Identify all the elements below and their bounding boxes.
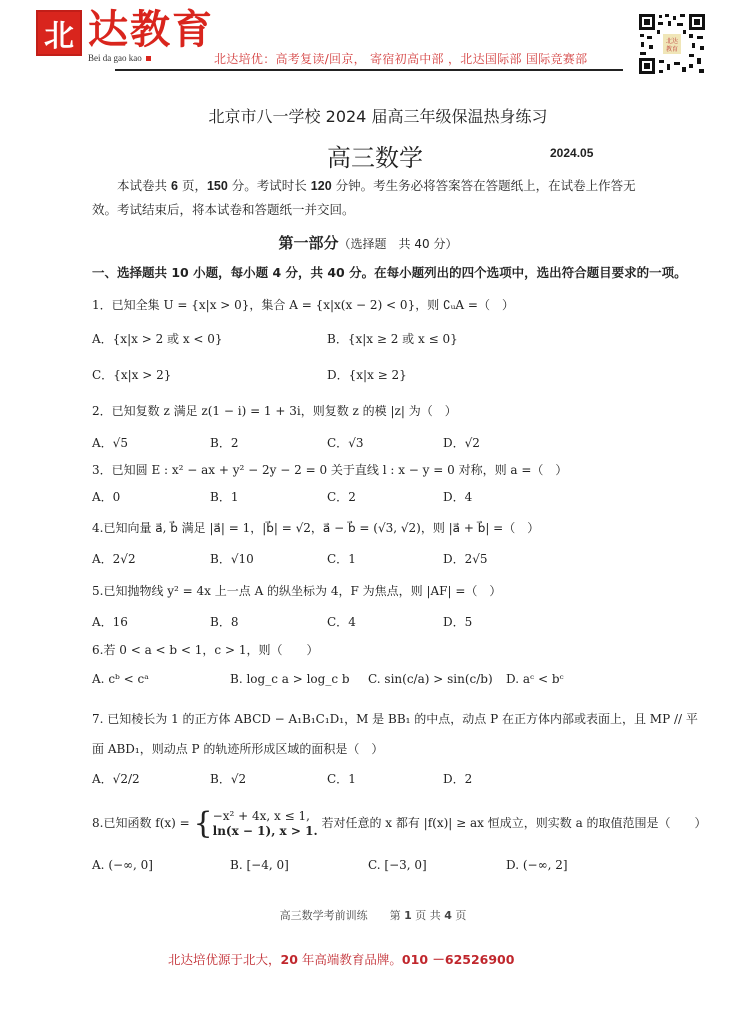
header-divider bbox=[115, 69, 623, 71]
option-c: C．√3 bbox=[327, 434, 363, 451]
option-a: A．√5 bbox=[92, 434, 128, 451]
exam-instructions: 本试卷共 6 页，150 分。考试时长 120 分钟。考生务必将答案答在答题纸上… bbox=[92, 174, 652, 222]
option-b: B．2 bbox=[210, 434, 238, 451]
option-c: C. sin(c/a) > sin(c/b) bbox=[368, 672, 493, 686]
question-stem: 已知抛物线 y² = 4x 上一点 A 的纵坐标为 4，F 为焦点，则 |AF|… bbox=[103, 584, 501, 598]
question-stem: 已知复数 z 满足 z(1 − i) = 1 + 3i，则复数 z 的模 |z|… bbox=[112, 404, 457, 418]
exam-title: 北京市八一学校 2024 届高三年级保温热身练习 bbox=[0, 104, 736, 127]
option-d: D．2 bbox=[443, 770, 472, 787]
option-c: C．1 bbox=[327, 550, 356, 567]
option-d: D．2√5 bbox=[443, 550, 488, 567]
promo-phone: 010 －62526900 bbox=[402, 952, 515, 967]
question-5: 5.已知抛物线 y² = 4x 上一点 A 的纵坐标为 4，F 为焦点，则 |A… bbox=[92, 582, 501, 599]
option-c: C．{x|x > 2} bbox=[92, 366, 171, 383]
question-stem: 已知棱长为 1 的正方体 ABCD − A₁B₁C₁D₁，M 是 BB₁ 的中点… bbox=[107, 712, 698, 726]
question-stem: 已知全集 U = {x|x > 0}，集合 A = {x|x(x − 2) < … bbox=[112, 298, 514, 312]
question-stem-suffix: 若对任意的 x 都有 |f(x)| ≥ ax 恒成立，则实数 a 的取值范围是（… bbox=[321, 816, 706, 830]
option-b: B. [−4, 0] bbox=[230, 858, 289, 872]
footer-course: 高三数学考前训练 bbox=[280, 909, 368, 922]
question-3: 3．已知圆 E : x² − ax + y² − 2y − 2 = 0 关于直线… bbox=[92, 461, 567, 478]
option-a: A．√2/2 bbox=[92, 770, 140, 787]
option-c: C．4 bbox=[327, 613, 356, 630]
option-d: D．{x|x ≥ 2} bbox=[327, 366, 407, 383]
page-number: 1 bbox=[404, 909, 412, 922]
question-7-line2: 面 ABD₁，则动点 P 的轨迹所形成区域的面积是（ ） bbox=[92, 740, 383, 757]
option-a: A. (−∞, 0] bbox=[92, 858, 153, 872]
question-number: 6. bbox=[92, 643, 103, 657]
question-4: 4.已知向量 a⃗, b⃗ 满足 |a⃗| = 1，|b⃗| = √2，a⃗ −… bbox=[92, 519, 539, 536]
option-a: A．2√2 bbox=[92, 550, 136, 567]
page-total: 4 bbox=[444, 909, 452, 922]
total-score: 150 bbox=[207, 179, 228, 193]
svg-text:教育: 教育 bbox=[666, 45, 678, 53]
question-number: 3． bbox=[92, 463, 112, 477]
option-c: C．1 bbox=[327, 770, 356, 787]
option-d: D．√2 bbox=[443, 434, 480, 451]
question-number: 5. bbox=[92, 584, 103, 598]
piecewise-cases: −x² + 4x, x ≤ 1,ln(x − 1), x > 1. bbox=[213, 809, 318, 839]
option-d: D．5 bbox=[443, 613, 472, 630]
question-stem: 已知向量 a⃗, b⃗ 满足 |a⃗| = 1，|b⃗| = √2，a⃗ − b… bbox=[103, 521, 539, 535]
question-7: 7. 已知棱长为 1 的正方体 ABCD − A₁B₁C₁D₁，M 是 BB₁ … bbox=[92, 710, 698, 727]
question-number: 8. bbox=[92, 816, 103, 830]
option-b: B．{x|x ≥ 2 或 x ≤ 0} bbox=[327, 330, 458, 347]
option-c: C．2 bbox=[327, 488, 356, 505]
intro-text: 本试卷共 bbox=[117, 178, 167, 193]
option-c: C. [−3, 0] bbox=[368, 858, 427, 872]
brace-icon: { bbox=[194, 806, 213, 841]
svg-text:北达: 北达 bbox=[666, 37, 678, 45]
option-b: B. log_c a > log_c b bbox=[230, 672, 350, 686]
logo-pinyin: Bei da gao kao bbox=[88, 53, 151, 63]
intro-text: 页， bbox=[182, 178, 207, 193]
slogan: 北达培优：高考复读/回京， 寄宿初高中部 ，北达国际部 国际竞赛部 bbox=[214, 50, 587, 67]
question-stem: 已知圆 E : x² − ax + y² − 2y − 2 = 0 关于直线 l… bbox=[112, 463, 568, 477]
question-stem: 已知函数 f(x) = bbox=[103, 816, 189, 830]
logo-seal: 北 bbox=[36, 10, 82, 56]
question-number: 2． bbox=[92, 404, 112, 418]
option-b: B．√10 bbox=[210, 550, 254, 567]
question-6: 6.若 0 < a < b < 1，c > 1，则（ ） bbox=[92, 641, 318, 658]
intro-text: 分。考试时长 bbox=[232, 178, 307, 193]
logo-text: 达教育 bbox=[88, 8, 214, 52]
question-2: 2．已知复数 z 满足 z(1 − i) = 1 + 3i，则复数 z 的模 |… bbox=[92, 402, 457, 419]
option-a: A．{x|x > 2 或 x < 0} bbox=[92, 330, 223, 347]
promo-years: 20 bbox=[281, 952, 298, 967]
option-d: D. (−∞, 2] bbox=[506, 858, 568, 872]
logo-dot-icon bbox=[146, 56, 151, 61]
question-number: 1． bbox=[92, 298, 112, 312]
exam-date: 2024.05 bbox=[550, 146, 593, 160]
question-stem: 若 0 < a < b < 1，c > 1，则（ ） bbox=[103, 643, 318, 657]
question-8: 8.已知函数 f(x) = {−x² + 4x, x ≤ 1,ln(x − 1)… bbox=[92, 806, 707, 841]
option-a: A. cᵇ < cᵃ bbox=[92, 672, 149, 686]
part-heading: 第一部分（选择题 共 40 分） bbox=[0, 232, 736, 253]
exam-subject: 高三数学 bbox=[327, 138, 423, 173]
page-count: 6 bbox=[171, 179, 178, 193]
option-a: A．16 bbox=[92, 613, 128, 630]
promo-banner: 北达培优源于北大，20 年高端教育品牌。010 －62526900 bbox=[168, 950, 514, 968]
question-1: 1．已知全集 U = {x|x > 0}，集合 A = {x|x(x − 2) … bbox=[92, 296, 514, 313]
qr-code-icon: 北达 教育 bbox=[637, 12, 707, 76]
section-instructions: 一、选择题共 10 小题，每小题 4 分，共 40 分。在每小题列出的四个选项中… bbox=[92, 263, 687, 281]
option-a: A．0 bbox=[92, 488, 120, 505]
logo-pinyin-text: Bei da gao kao bbox=[88, 53, 142, 63]
option-b: B．√2 bbox=[210, 770, 246, 787]
page-footer: 高三数学考前训练 第 1 页 共 4 页 bbox=[0, 907, 736, 923]
option-b: B．8 bbox=[210, 613, 238, 630]
option-d: D. aᶜ < bᶜ bbox=[506, 672, 564, 686]
part-title: 第一部分 bbox=[279, 234, 339, 252]
duration: 120 bbox=[311, 179, 332, 193]
option-b: B．1 bbox=[210, 488, 238, 505]
part-subtitle: （选择题 共 40 分） bbox=[339, 237, 458, 251]
option-d: D．4 bbox=[443, 488, 472, 505]
question-number: 7. bbox=[92, 712, 103, 726]
question-number: 4. bbox=[92, 521, 103, 535]
